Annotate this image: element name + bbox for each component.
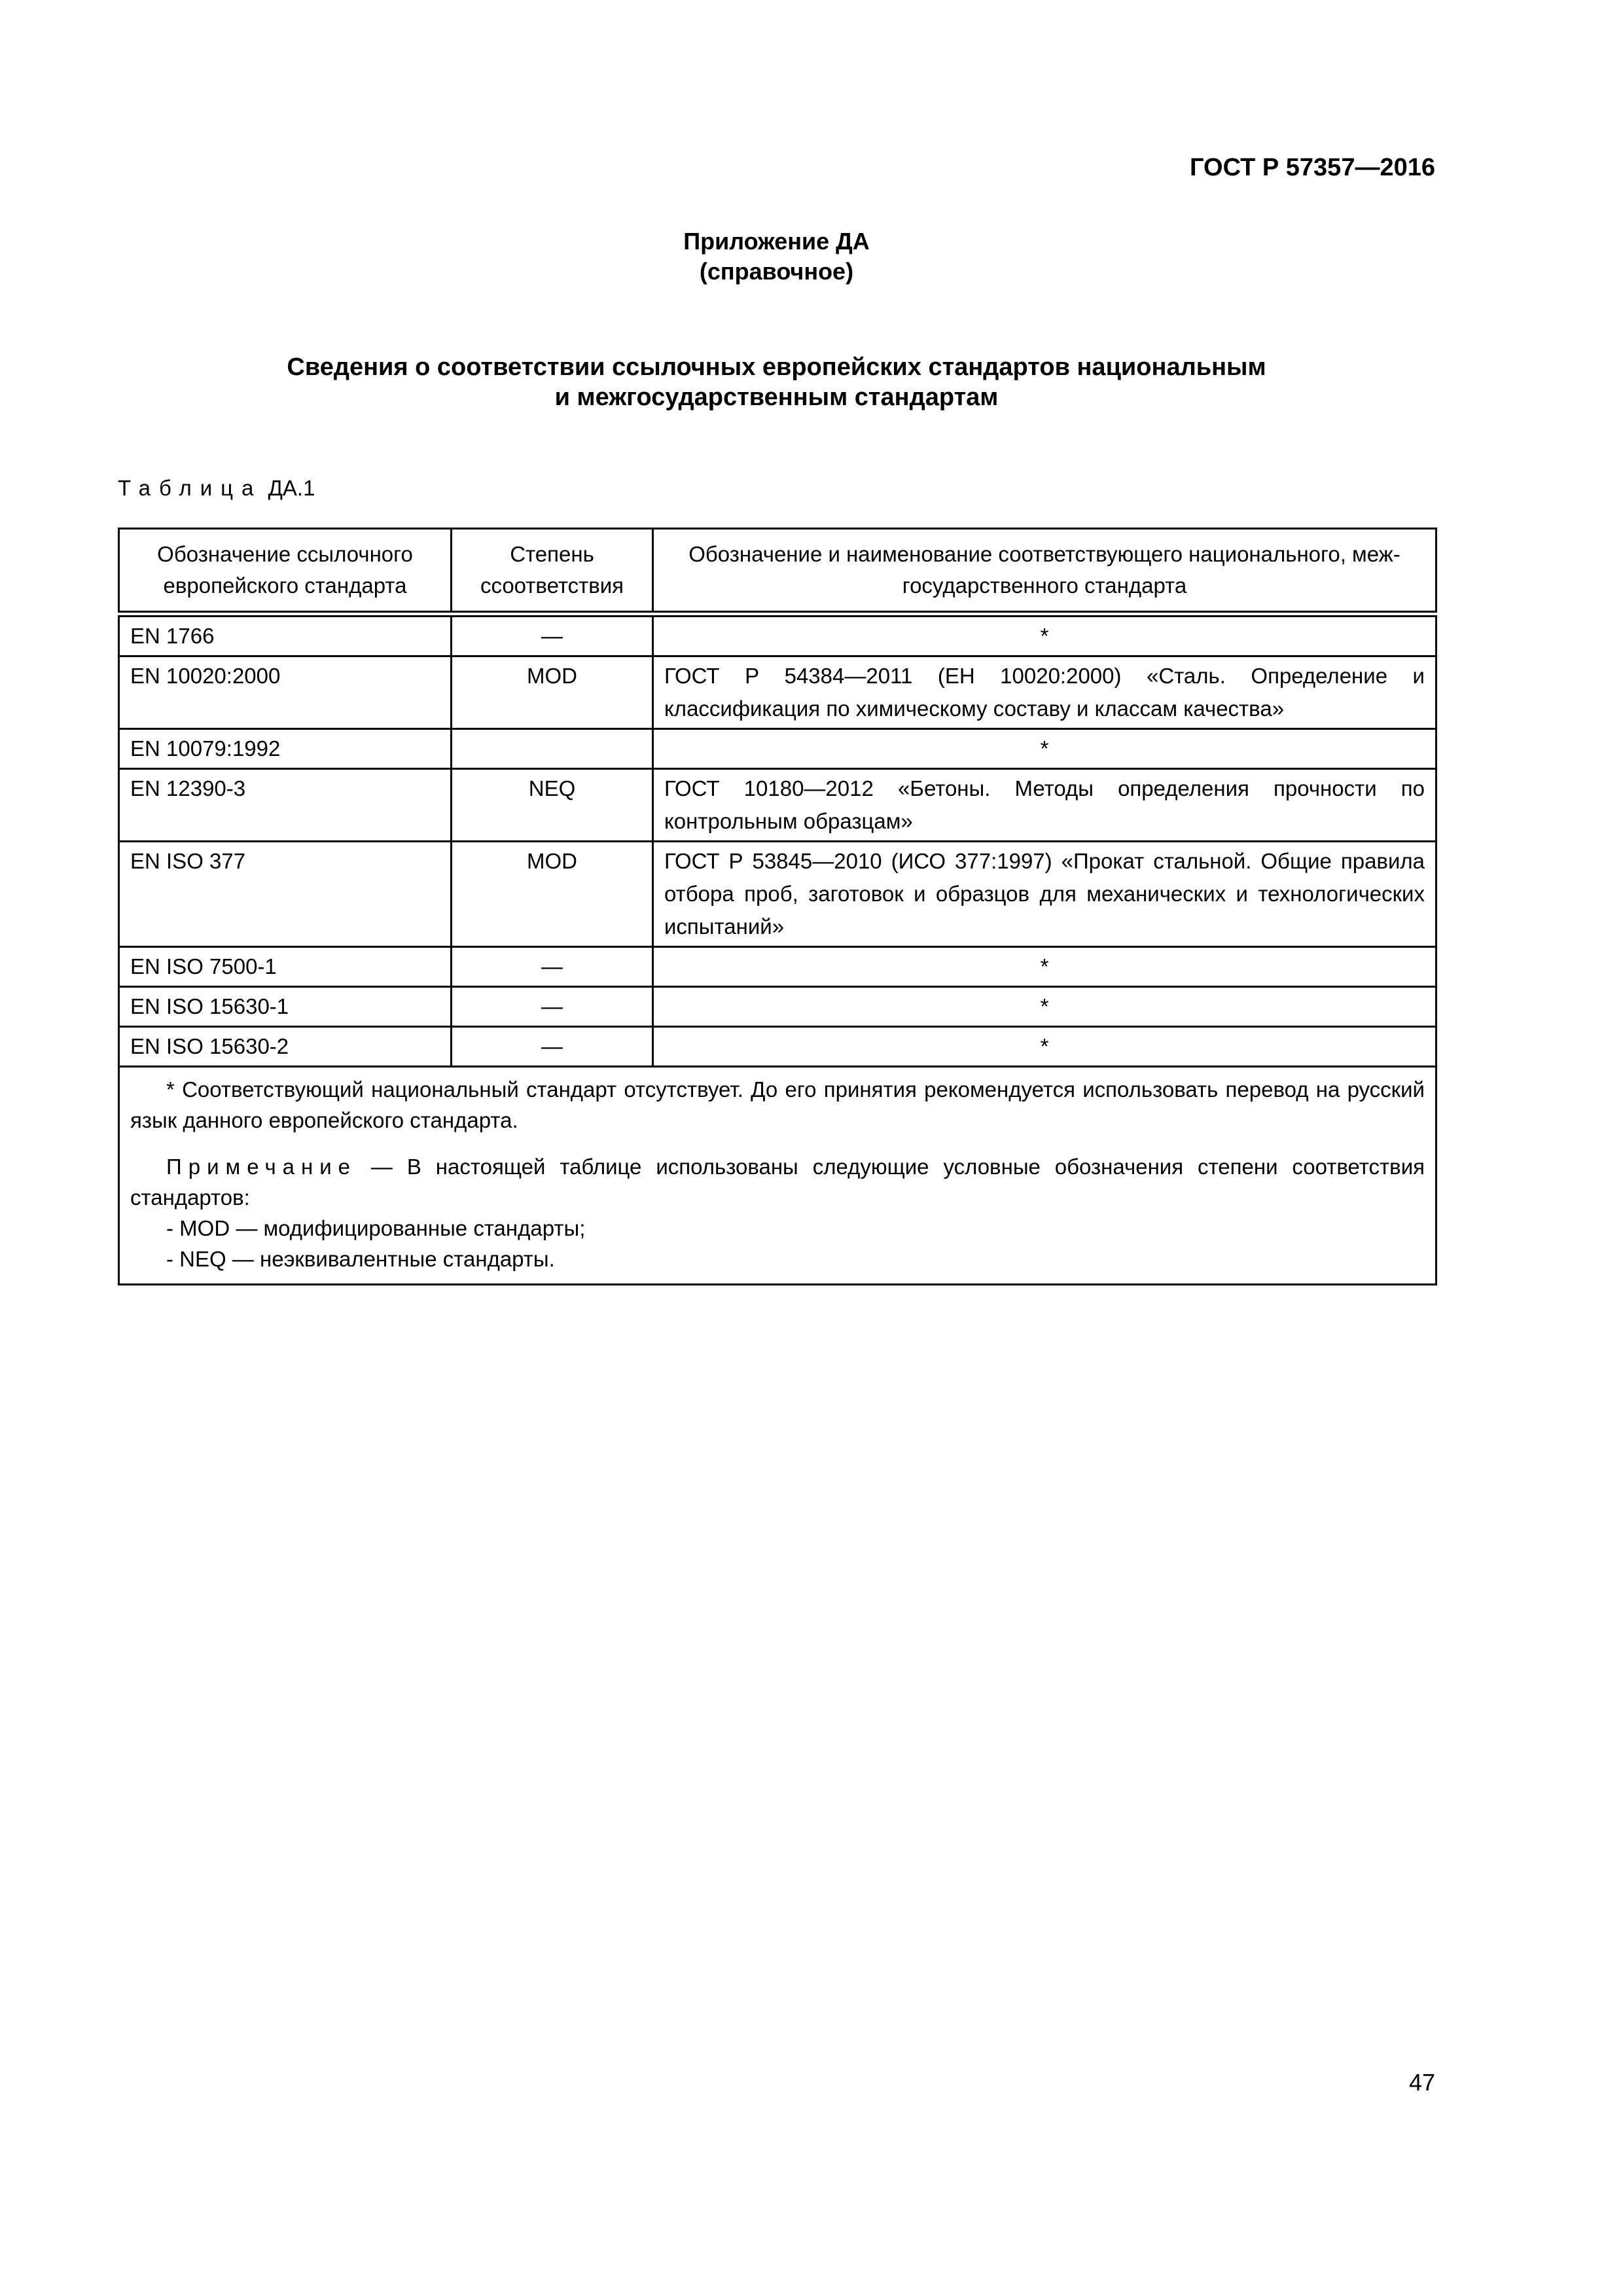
degree-cell	[452, 729, 653, 769]
table-caption: Таблица ДА.1	[118, 475, 315, 501]
national-standard-cell: *	[653, 614, 1436, 656]
table-row: EN ISO 15630-1 — *	[119, 987, 1436, 1027]
note-label: Примечание	[166, 1155, 357, 1179]
national-standard-cell: *	[653, 987, 1436, 1027]
note-item-neq: - NEQ — неэквивалентные стандарты.	[130, 1244, 1425, 1274]
column-header-conformity-degree: Степень ссоответствия	[452, 529, 653, 615]
table-note: Примечание — В настоящей таблице использ…	[130, 1151, 1425, 1213]
doc-number: ГОСТ Р 57357—2016	[118, 153, 1435, 182]
degree-cell: —	[452, 1027, 653, 1067]
ref-standard-cell: EN 1766	[119, 614, 452, 656]
table-row: EN 10079:1992 *	[119, 729, 1436, 769]
ref-standard-cell: EN ISO 377	[119, 842, 452, 947]
degree-cell: —	[452, 987, 653, 1027]
national-standard-cell: *	[653, 1027, 1436, 1067]
column-header-european-standard: Обозначение ссылочного европейского стан…	[119, 529, 452, 615]
national-standard-cell: ГОСТ 10180—2012 «Бетоны. Методы определе…	[653, 769, 1436, 842]
annex-title: Приложение ДА	[118, 226, 1435, 257]
ref-standard-cell: EN 12390-3	[119, 769, 452, 842]
table-row: EN 1766 — *	[119, 614, 1436, 656]
column-header-national-standard: Обозначение и наименование соответствующ…	[653, 529, 1436, 615]
table-row: EN 10020:2000 MOD ГОСТ Р 54384—2011 (ЕН …	[119, 656, 1436, 729]
ref-standard-cell: EN 10020:2000	[119, 656, 452, 729]
national-standard-cell: ГОСТ Р 54384—2011 (ЕН 10020:2000) «Сталь…	[653, 656, 1436, 729]
page-title-line2: и межгосударственным стандартам	[118, 382, 1435, 412]
national-standard-cell: *	[653, 729, 1436, 769]
table-header-row: Обозначение ссылочного европейского стан…	[119, 529, 1436, 615]
degree-cell: —	[452, 947, 653, 987]
table-row: EN 12390-3 NEQ ГОСТ 10180—2012 «Бетоны. …	[119, 769, 1436, 842]
national-standard-cell: ГОСТ Р 53845—2010 (ИСО 377:1997) «Прокат…	[653, 842, 1436, 947]
table-caption-word: Таблица	[118, 476, 262, 500]
national-standard-cell: *	[653, 947, 1436, 987]
ref-standard-cell: EN 10079:1992	[119, 729, 452, 769]
standards-correspondence-table: Обозначение ссылочного европейского стан…	[118, 528, 1437, 1285]
table-row: EN ISO 377 MOD ГОСТ Р 53845—2010 (ИСО 37…	[119, 842, 1436, 947]
page-title-line1: Сведения о соответствии ссылочных европе…	[118, 352, 1435, 382]
page-number: 47	[118, 2068, 1435, 2097]
ref-standard-cell: EN ISO 15630-2	[119, 1027, 452, 1067]
document-page: ГОСТ Р 57357—2016 Приложение ДА (справоч…	[0, 0, 1623, 2296]
column-header-text: ссоответствия	[459, 570, 645, 601]
column-header-text: Степень	[459, 539, 645, 570]
degree-cell: —	[452, 614, 653, 656]
table-caption-number: ДА.1	[268, 476, 315, 500]
ref-standard-cell: EN ISO 15630-1	[119, 987, 452, 1027]
column-header-text: государственного стандарта	[660, 570, 1429, 601]
degree-cell: MOD	[452, 842, 653, 947]
page-title: Сведения о соответствии ссылочных европе…	[118, 352, 1435, 412]
annex-heading: Приложение ДА (справочное)	[118, 226, 1435, 287]
column-header-text: Обозначение и наименование соответствующ…	[660, 539, 1429, 570]
table-footer-cell: * Соответствующий национальный стандарт …	[119, 1067, 1436, 1285]
column-header-text: Обозначение ссылочного	[126, 539, 444, 570]
table-footer-row: * Соответствующий национальный стандарт …	[119, 1067, 1436, 1285]
table-row: EN ISO 15630-2 — *	[119, 1027, 1436, 1067]
annex-subtitle: (справочное)	[118, 257, 1435, 287]
degree-cell: MOD	[452, 656, 653, 729]
table-row: EN ISO 7500-1 — *	[119, 947, 1436, 987]
ref-standard-cell: EN ISO 7500-1	[119, 947, 452, 987]
note-item-mod: - MOD — модифицированные стандарты;	[130, 1213, 1425, 1244]
table-footnote: * Соответствующий национальный стандарт …	[130, 1074, 1425, 1136]
column-header-text: европейского стандарта	[126, 570, 444, 601]
degree-cell: NEQ	[452, 769, 653, 842]
